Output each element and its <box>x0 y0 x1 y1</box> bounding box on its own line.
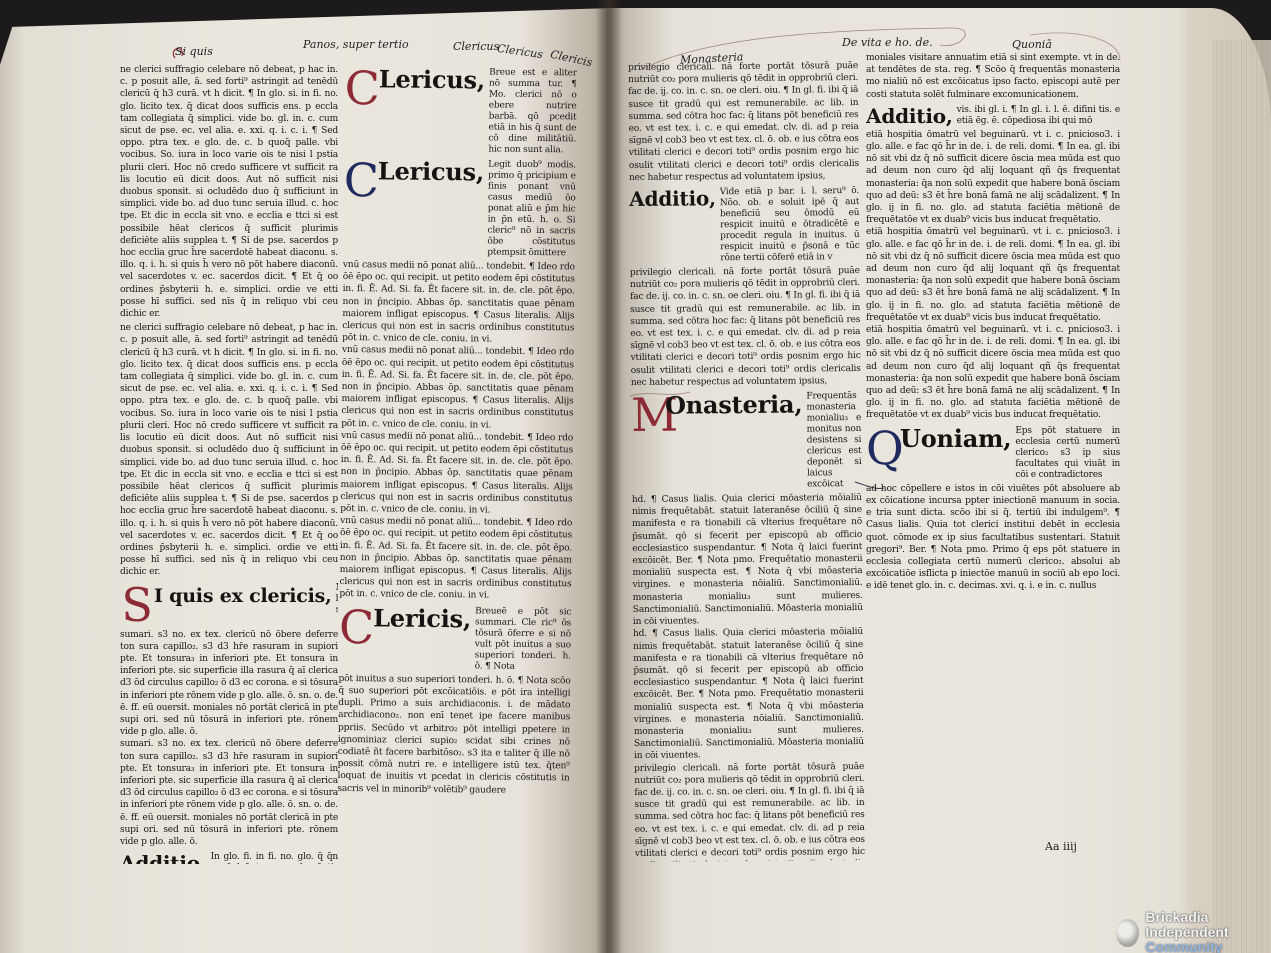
body-text: privilegio clericali. nā forte portāt tō… <box>634 760 865 861</box>
running-head-de-vita: De vita e ho. de. <box>842 36 933 49</box>
additio-label: Additio, <box>120 852 207 864</box>
right-page-column-2: moniales visitare annuatim etiā si sint … <box>866 52 1120 852</box>
rubricated-initial: C <box>344 66 378 110</box>
book-photograph: Si quis Panos, super tertio Clericus Cle… <box>0 0 1271 953</box>
rubricated-initial: C <box>344 158 378 202</box>
rubricated-initial: S <box>120 583 154 627</box>
watermark-line-1: Brickadia Independent <box>1145 910 1271 940</box>
left-page-column-2: C Lericus, Breue est e aliter nō summa t… <box>337 62 577 864</box>
body-text: etiā hospitia ōmatrū vel beguinarū. vt i… <box>866 226 1120 324</box>
body-text: ne clerici suffragio celebare nō debeat,… <box>120 322 338 578</box>
rubric-note: Legit duob⁹ modis. primo q̄ pricipium e … <box>487 160 576 260</box>
body-text: ne clerici suffragio celebare nō debeat,… <box>120 64 338 320</box>
body-text: ad hoc cōpellere e istos in cōi viuētes … <box>866 483 1120 773</box>
rubric-note: Frequentās monasteria monialiu₃ e monitu… <box>806 391 861 490</box>
running-head-si-quis: Si quis <box>175 45 213 58</box>
rubric-word: Uoniam, <box>900 426 1011 452</box>
rubric-heading: C Lericus, Breue est e aliter nō summa t… <box>344 66 577 156</box>
rubric-word: Lericus, <box>378 158 485 185</box>
body-text: pōt inuitus a suo superiori tonderi. h. … <box>337 673 570 797</box>
additio-heading: Additio, vis. ibi gl. i. ¶ In gl. i. l. … <box>866 105 1120 127</box>
rubric-word: I quis ex clericis, <box>154 583 332 609</box>
additio-heading: Additio, Vide etiā p bar. i. l. seru⁹ ō.… <box>629 186 860 265</box>
body-text: vnū casus medii nō ponat aliū... tondebi… <box>342 259 575 347</box>
rubric-note: Breue est e aliter nō summa tur. ¶ Mo. c… <box>488 68 577 157</box>
running-head-quonia: Quoniā <box>1012 38 1052 51</box>
rubricated-initial: M <box>631 393 665 437</box>
left-page-column-1: ne clerici suffragio celebare nō debeat,… <box>120 64 338 864</box>
additio-text: In glo. fi. in fi. no. glo. q̄ q̄n canō … <box>211 852 338 864</box>
running-head-clericus-1: Clericus <box>453 40 499 53</box>
body-text: etiā hospitia ōmatrū vel beguinarū. vt i… <box>866 129 1120 227</box>
rubric-heading: C Lericis, Breueē e pōt sic summari. Cle… <box>339 605 572 673</box>
rubric-heading: C Lericus, Legit duob⁹ modis. primo q̄ p… <box>343 158 576 259</box>
rubric-note: Breueē e pōt sic summari. Cle ric⁹ ōs tō… <box>475 606 572 673</box>
body-text: vnū casus medii nō ponat aliū... tondebi… <box>340 430 573 518</box>
rubric-heading: S I quis ex clericis, Nō pōt breuius sum… <box>120 583 338 627</box>
rubric-note: Eps pōt statuere in ecclesia certū numer… <box>1015 426 1120 481</box>
additio-heading: Additio, In glo. fi. in fi. no. glo. q̄ … <box>120 852 338 864</box>
body-text: etiā hospitia ōmatrū vel beguinarū. vt i… <box>866 324 1120 422</box>
rubric-word: Lericus, <box>379 66 486 93</box>
watermark-line-2: Community <box>1145 940 1271 953</box>
body-text: hd. ¶ Casus lialis. Quia clerici mōaster… <box>632 492 863 628</box>
watermark: Brickadia Independent Community <box>1116 910 1271 953</box>
additio-text: vis. ibi gl. i. ¶ In gl. i. l. ē. difini… <box>957 105 1120 127</box>
rubric-word: Onasteria, <box>665 392 803 419</box>
body-text: sumari. s3 no. ex tex. clericū nō ōbere … <box>120 738 338 848</box>
running-head-panos: Panos, super tertio <box>303 38 409 51</box>
additio-label: Additio, <box>629 187 716 210</box>
rubric-heading: M Onasteria, Frequentās monasteria monia… <box>631 391 862 492</box>
right-page-column-1: privilegio clericali. nā forte portāt tō… <box>628 60 865 862</box>
body-text: privilegio clericali. nā forte portāt tō… <box>630 265 861 389</box>
community-logo-icon <box>1116 919 1139 947</box>
body-text: privilegio clericali. nā forte portāt tō… <box>628 60 859 184</box>
rubric-note: Nō pōt breuius summari. <box>336 583 338 616</box>
rubric-heading: Q Uoniam, Eps pōt statuere in ecclesia c… <box>866 426 1120 481</box>
rubricated-initial: C <box>339 605 373 649</box>
signature-mark: Aa iiij <box>1045 840 1077 853</box>
rubricated-initial: Q <box>866 426 900 470</box>
book-gutter <box>596 0 622 953</box>
body-text: moniales visitare annuatim etiā si sint … <box>866 52 1120 101</box>
body-text: sumari. s3 no. ex tex. clericū nō ōbere … <box>120 629 338 739</box>
body-text: vnū casus medii nō ponat aliū... tondebi… <box>341 344 574 432</box>
body-text: vnū casus medii nō ponat aliū... tondebi… <box>339 515 572 603</box>
rubric-word: Lericis, <box>373 605 471 632</box>
additio-text: Vide etiā p bar. i. l. seru⁹ ō. Nōo. ob.… <box>720 186 860 264</box>
page-fore-edge <box>1212 40 1271 953</box>
body-text: hd. ¶ Casus lialis. Quia clerici mōaster… <box>633 626 864 762</box>
additio-label: Additio, <box>866 105 953 127</box>
